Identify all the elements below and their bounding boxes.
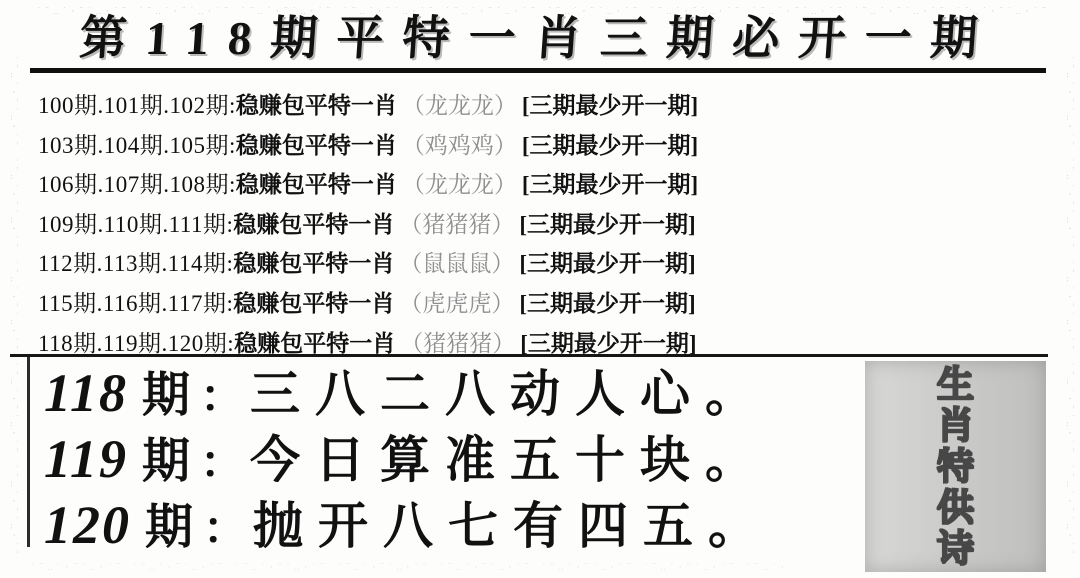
issue-numbers: 118期.119期.120期:: [38, 331, 234, 356]
tip-row: 106期.107期.108期:稳赚包平特一肖（龙龙龙）[三期最少开一期]: [38, 165, 738, 205]
poem-line: 118期：三八二八动人心。: [44, 360, 856, 426]
tip-note: [三期最少开一期]: [522, 93, 698, 118]
tip-label: 稳赚包平特一肖: [234, 331, 395, 356]
issue-numbers: 112期.113期.114期:: [38, 251, 233, 276]
poem-issue-number: 120: [44, 495, 131, 555]
poem-issue-number: 119: [44, 429, 128, 489]
tip-note: [三期最少开一期]: [519, 291, 695, 316]
zodiac-pick: （鸡鸡鸡）: [402, 133, 517, 158]
tip-sheet: ˙¨‥˙·¨˙‥·˙¨ ˙¨‥˙·¨˙‥·˙¨ ˙¨‥˙·¨˙‥·˙¨ ˙¨‥˙…: [0, 0, 1080, 578]
issue-numbers: 100期.101期.102期:: [38, 93, 236, 118]
tip-label: 稳赚包平特一肖: [233, 212, 394, 237]
tip-row: 118期.119期.120期:稳赚包平特一肖（猪猪猪）[三期最少开一期]: [38, 324, 738, 364]
tip-row: 109期.110期.111期:稳赚包平特一肖（猪猪猪）[三期最少开一期]: [38, 205, 738, 245]
page-title: 第118期平特一肖三期必开一期: [28, 12, 1048, 66]
tip-row: 115期.116期.117期:稳赚包平特一肖（虎虎虎）[三期最少开一期]: [38, 284, 738, 324]
zodiac-pick: （虎虎虎）: [399, 291, 514, 316]
stamp-char: 诗: [937, 529, 974, 570]
tip-note: [三期最少开一期]: [522, 172, 698, 197]
poem-colon: ：: [200, 372, 244, 421]
title-divider: [30, 68, 1046, 73]
poem-colon: ：: [203, 504, 247, 553]
poem-issue-number: 118: [44, 363, 128, 423]
issue-numbers: 115期.116期.117期:: [38, 291, 233, 316]
poem-section: 118期：三八二八动人心。119期：今日算准五十块。120期：抛开八七有四五。: [44, 360, 856, 558]
zodiac-pick: （龙龙龙）: [402, 172, 517, 197]
tip-note: [三期最少开一期]: [519, 212, 695, 237]
zodiac-pick: （猪猪猪）: [399, 212, 514, 237]
tip-note: [三期最少开一期]: [520, 331, 696, 356]
tip-row: 112期.113期.114期:稳赚包平特一肖（鼠鼠鼠）[三期最少开一期]: [38, 244, 738, 284]
zodiac-stamp: 生肖特供诗: [865, 361, 1046, 572]
tips-list: 100期.101期.102期:稳赚包平特一肖（龙龙龙）[三期最少开一期]103期…: [38, 86, 738, 363]
poem-issue-label: 期: [142, 435, 190, 488]
stamp-char: 肖: [937, 406, 974, 447]
stamp-char: 生: [937, 365, 974, 406]
poem-issue-label: 期: [145, 501, 193, 554]
tip-row: 103期.104期.105期:稳赚包平特一肖（鸡鸡鸡）[三期最少开一期]: [38, 126, 738, 166]
stamp-char: 特: [937, 447, 974, 488]
tip-row: 100期.101期.102期:稳赚包平特一肖（龙龙龙）[三期最少开一期]: [38, 86, 738, 126]
poem-colon: ：: [200, 438, 244, 487]
watermark-noise-left: ˙¨‥˙·¨˙‥·˙¨ ˙¨‥˙·¨˙‥·˙¨ ˙¨‥˙·¨˙‥·˙¨ ˙¨‥˙…: [2, 55, 18, 555]
poem-line: 119期：今日算准五十块。: [44, 426, 856, 492]
tip-note: [三期最少开一期]: [519, 251, 695, 276]
poem-issue-label: 期: [142, 369, 190, 422]
poem-text: 三八二八动人心。: [250, 366, 770, 422]
tip-label: 稳赚包平特一肖: [236, 133, 397, 158]
issue-numbers: 106期.107期.108期:: [38, 172, 236, 197]
issue-numbers: 109期.110期.111期:: [38, 212, 233, 237]
poem-line: 120期：抛开八七有四五。: [44, 492, 856, 558]
tip-label: 稳赚包平特一肖: [236, 172, 397, 197]
tip-label: 稳赚包平特一肖: [233, 251, 394, 276]
poem-text: 抛开八七有四五。: [253, 498, 773, 554]
zodiac-pick: （龙龙龙）: [402, 93, 517, 118]
stamp-char: 供: [937, 488, 974, 529]
poem-text: 今日算准五十块。: [250, 432, 770, 488]
zodiac-pick: （鼠鼠鼠）: [399, 251, 514, 276]
tip-label: 稳赚包平特一肖: [233, 291, 394, 316]
section-divider: [10, 354, 1048, 357]
poem-left-border: [27, 357, 30, 547]
zodiac-pick: （猪猪猪）: [400, 331, 515, 356]
watermark-noise-bottom: ˙¨‥˙·¨˙‥·˙¨ ˙¨‥˙·¨˙‥·˙¨ ˙¨‥˙·¨˙‥·˙¨ ˙¨‥˙…: [30, 563, 790, 575]
issue-numbers: 103期.104期.105期:: [38, 133, 236, 158]
tip-label: 稳赚包平特一肖: [236, 93, 397, 118]
tip-note: [三期最少开一期]: [522, 133, 698, 158]
watermark-noise-right: ˙¨‥˙·¨˙‥·˙¨ ˙¨‥˙·¨˙‥·˙¨ ˙¨‥˙·¨˙‥·˙¨ ˙¨‥˙…: [1058, 55, 1074, 555]
